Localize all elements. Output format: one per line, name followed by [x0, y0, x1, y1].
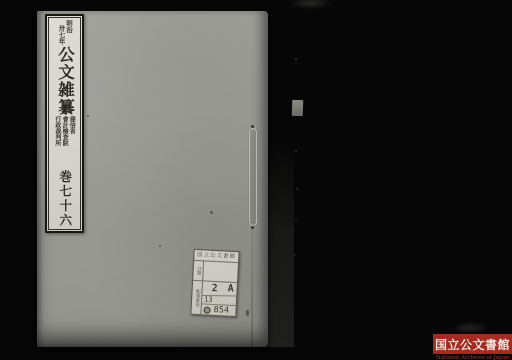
- cover-speck: [210, 211, 213, 214]
- shelf-label: 配架番号: [194, 288, 199, 306]
- era-text-right: 明治: [65, 20, 72, 48]
- cover-speck: [159, 245, 161, 247]
- classification-label: 分類: [196, 266, 201, 275]
- era-block: 明治 卅七年: [49, 20, 80, 48]
- book-title: 公文雑纂: [56, 46, 73, 116]
- ministry-item: 行政裁判所: [54, 116, 61, 146]
- classification-row: 分類: [193, 261, 238, 283]
- archive-shelf-label: 国立公文書館 分類 配架番号 2 A 13 854: [190, 249, 239, 317]
- archive-watermark-box: 国立公文書館: [433, 334, 512, 354]
- archive-watermark: 国立公文書館 National Archives of Japan: [433, 334, 512, 360]
- ministry-item: 會計檢査院: [61, 116, 68, 146]
- archive-watermark-subtitle: National Archives of Japan: [433, 355, 512, 360]
- title-slip-frame: 明治 卅七年 公文雑纂 逓信省 會計檢査院 行政裁判所 巻七十六: [48, 17, 81, 230]
- cover-speck: [246, 310, 249, 316]
- scan-artifact-top: [288, 0, 334, 8]
- book-title-block: 公文雑纂: [49, 46, 80, 116]
- book-cover: 明治 卅七年 公文雑纂 逓信省 會計檢査院 行政裁判所 巻七十六: [37, 11, 268, 347]
- book-fore-edge: [268, 140, 294, 347]
- cover-tie-loop: [249, 128, 257, 226]
- classification-value: [203, 261, 238, 282]
- scan-dust-specks: [295, 58, 297, 60]
- volume-text: 巻七十六: [58, 170, 71, 228]
- shelf-serial-row: 854: [201, 304, 235, 316]
- scan-artifact-bottom: [450, 323, 490, 333]
- ministry-item: 逓信省: [68, 116, 75, 146]
- era-text-left: 卅七年: [57, 25, 64, 48]
- ministries-block: 逓信省 會計檢査院 行政裁判所: [49, 116, 80, 146]
- cover-crease: [251, 229, 253, 347]
- shelf-serial-number: 854: [213, 305, 229, 316]
- shelf-number-row: 配架番号 2 A 13 854: [191, 281, 237, 316]
- shelf-values: 2 A 13 854: [201, 281, 237, 316]
- circle-stamp-icon: [203, 306, 210, 313]
- cover-speck: [87, 115, 89, 117]
- page-tab: [292, 100, 304, 116]
- shelf-code: 2 A: [203, 282, 237, 297]
- volume-block: 巻七十六: [49, 170, 80, 228]
- title-slip: 明治 卅七年 公文雑纂 逓信省 會計檢査院 行政裁判所 巻七十六: [45, 14, 84, 233]
- scan-background: 明治 卅七年 公文雑纂 逓信省 會計檢査院 行政裁判所 巻七十六: [0, 0, 512, 360]
